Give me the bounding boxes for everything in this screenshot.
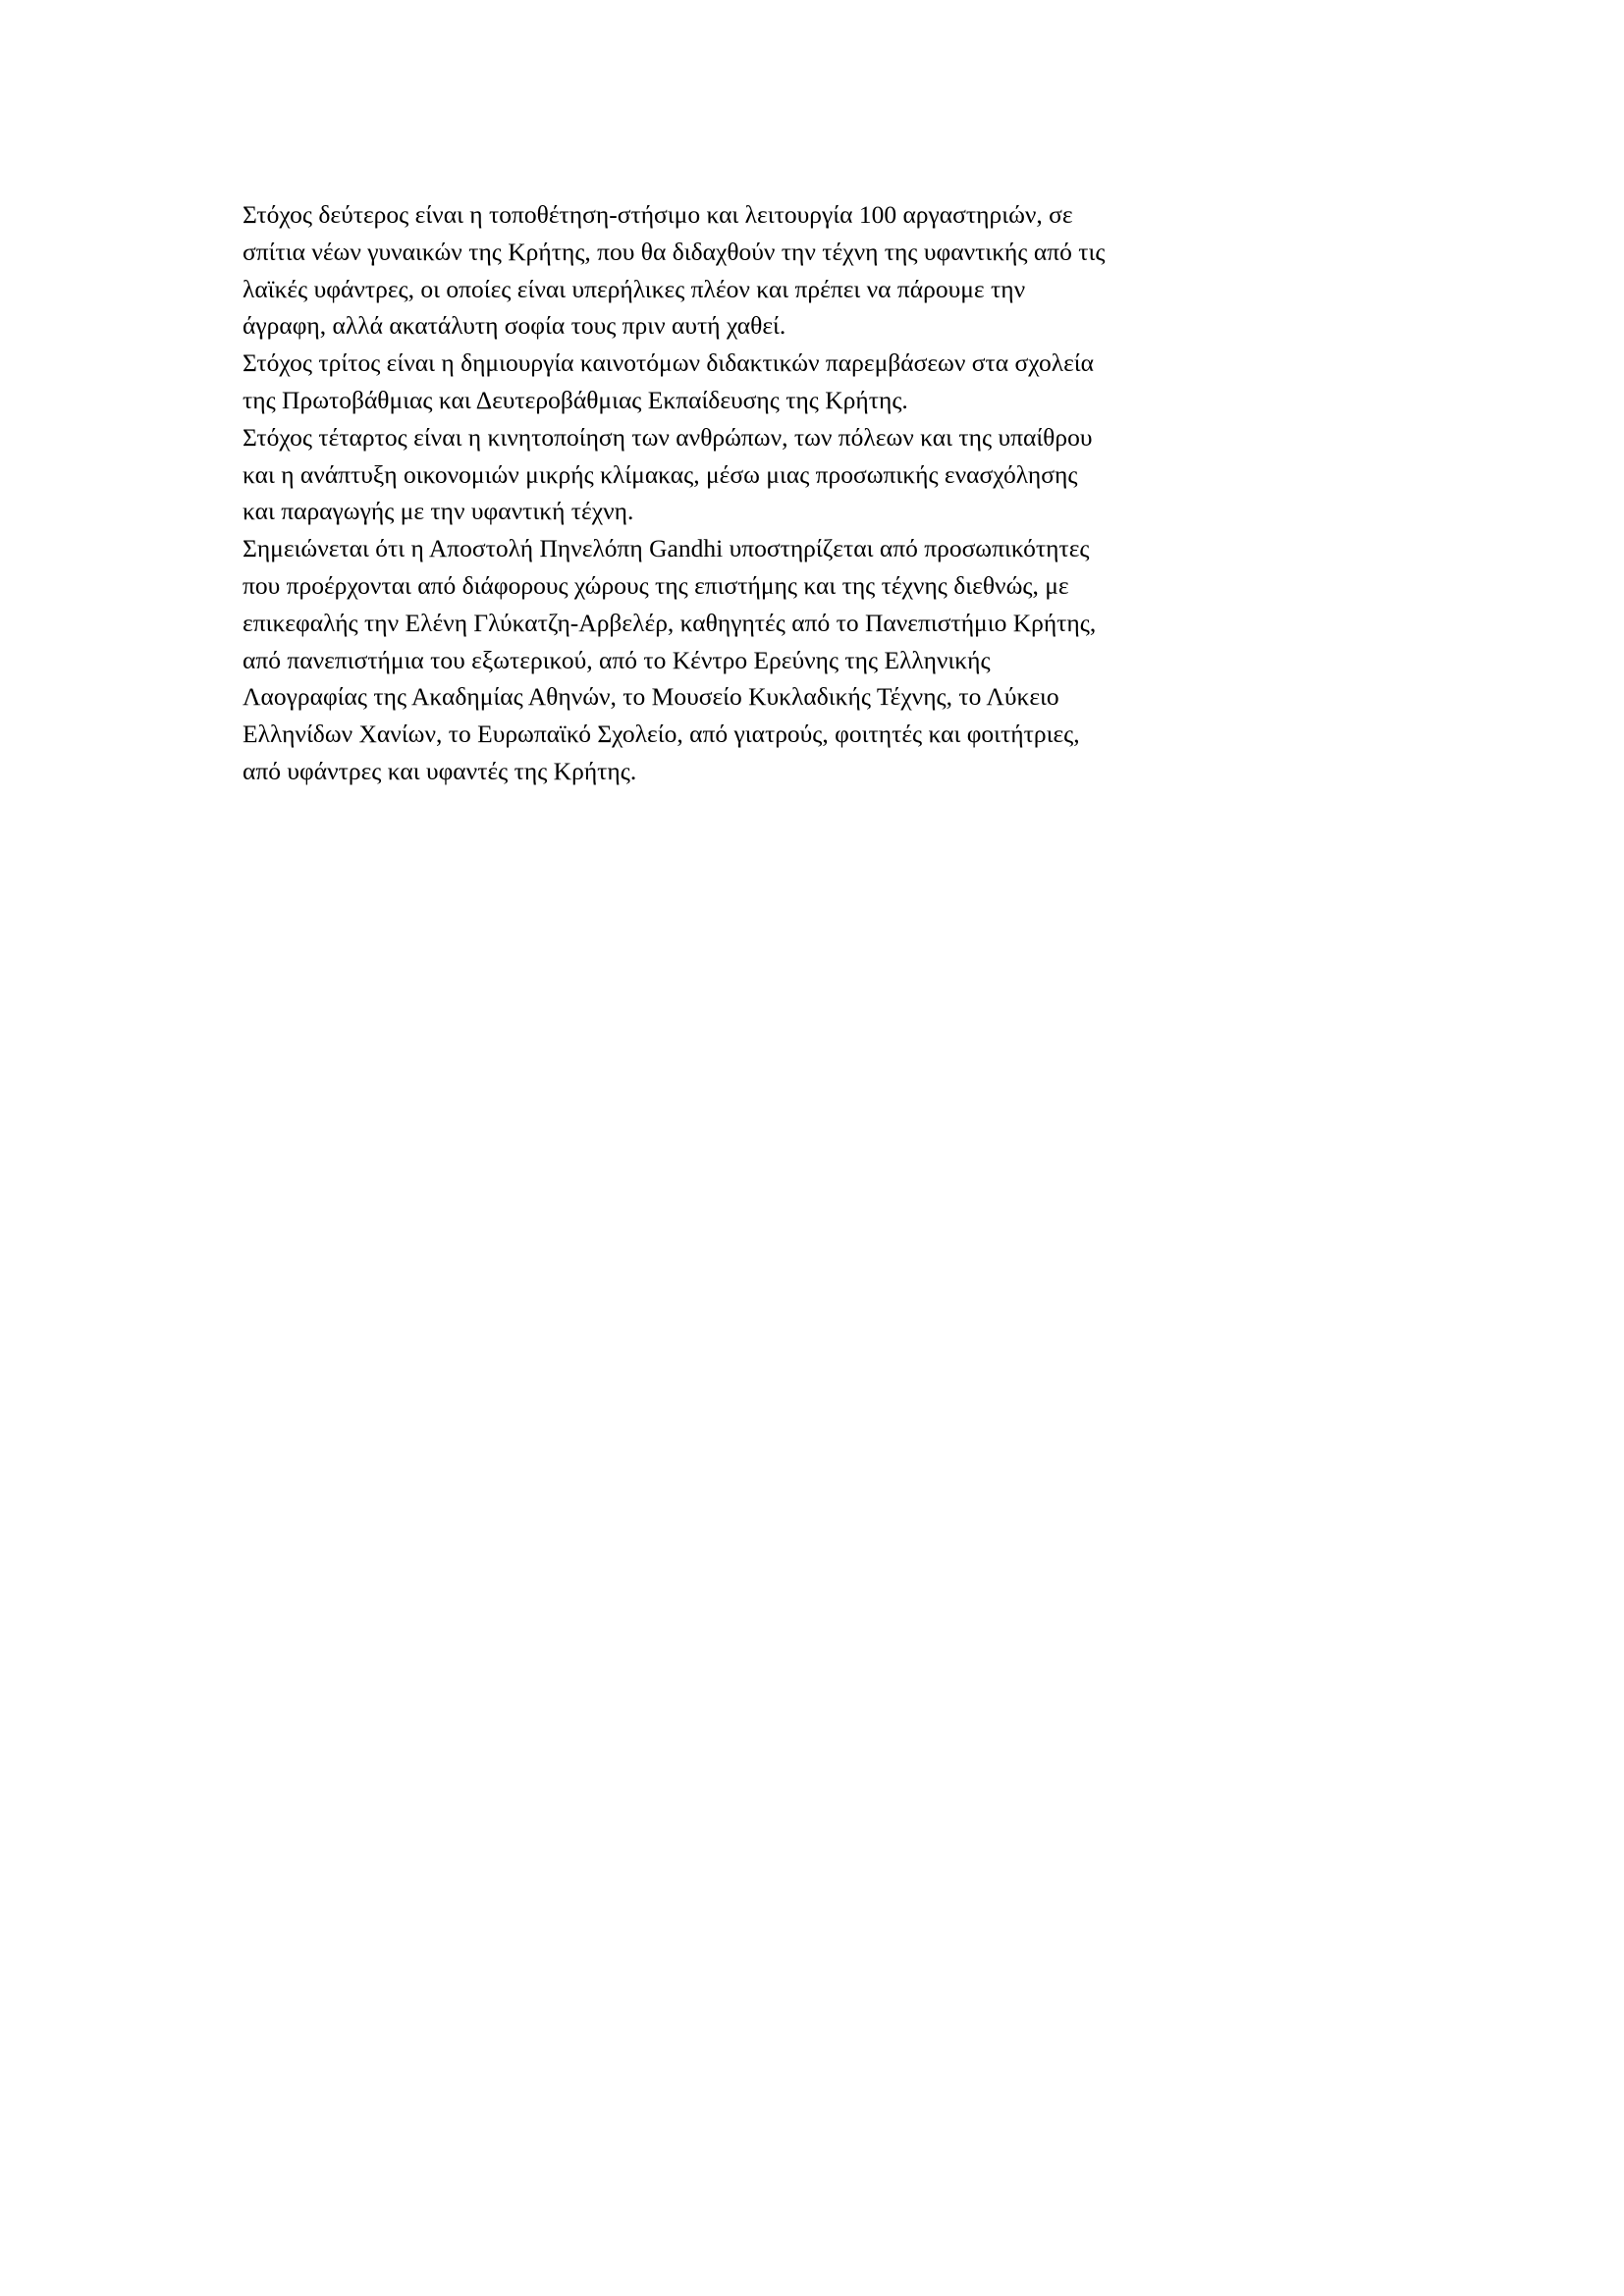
paragraph-supporters: Σημειώνεται ότι η Αποστολή Πηνελόπη Gand… — [243, 530, 1401, 790]
text-line: Στόχος τέταρτος είναι η κινητοποίηση των… — [243, 419, 1401, 456]
text-line: της Πρωτοβάθμιας και Δευτεροβάθμιας Εκπα… — [243, 382, 1401, 419]
text-line: και παραγωγής με την υφαντική τέχνη. — [243, 493, 1401, 530]
paragraph-fourth-goal: Στόχος τέταρτος είναι η κινητοποίηση των… — [243, 419, 1401, 530]
text-line: από υφάντρες και υφαντές της Κρήτης. — [243, 753, 1401, 790]
text-line: Λαογραφίας της Ακαδημίας Αθηνών, το Μουσ… — [243, 678, 1401, 716]
text-line: Ελληνίδων Χανίων, το Ευρωπαϊκό Σχολείο, … — [243, 716, 1401, 753]
text-line: που προέρχονται από διάφορους χώρους της… — [243, 567, 1401, 605]
text-line: από πανεπιστήμια του εξωτερικού, από το … — [243, 642, 1401, 679]
paragraph-second-goal: Στόχος δεύτερος είναι η τοποθέτηση-στήσι… — [243, 196, 1401, 345]
text-line: επικεφαλής την Ελένη Γλύκατζη-Αρβελέρ, κ… — [243, 605, 1401, 642]
document-page: Στόχος δεύτερος είναι η τοποθέτηση-στήσι… — [0, 0, 1624, 2296]
body-text: Στόχος δεύτερος είναι η τοποθέτηση-στήσι… — [243, 196, 1401, 790]
text-line: Στόχος δεύτερος είναι η τοποθέτηση-στήσι… — [243, 196, 1401, 234]
text-line: Σημειώνεται ότι η Αποστολή Πηνελόπη Gand… — [243, 530, 1401, 567]
text-line: λαϊκές υφάντρες, οι οποίες είναι υπερήλι… — [243, 271, 1401, 308]
text-line: άγραφη, αλλά ακατάλυτη σοφία τους πριν α… — [243, 307, 1401, 345]
text-line: και η ανάπτυξη οικονομιών μικρής κλίμακα… — [243, 456, 1401, 494]
text-line: σπίτια νέων γυναικών της Κρήτης, που θα … — [243, 234, 1401, 271]
paragraph-third-goal: Στόχος τρίτος είναι η δημιουργία καινοτό… — [243, 345, 1401, 419]
text-line: Στόχος τρίτος είναι η δημιουργία καινοτό… — [243, 345, 1401, 382]
